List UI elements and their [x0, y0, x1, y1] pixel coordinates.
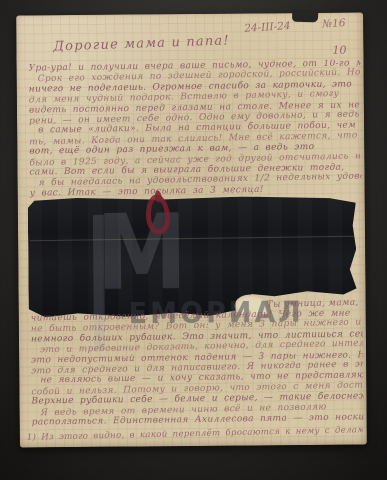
page-number: 10 [332, 44, 346, 57]
letter-sheet: Дорогие мама и папа! 24-III-24 №16 10 Ур… [16, 12, 367, 447]
letter-greeting: Дорогие мама и папа! [53, 33, 230, 54]
letter-number: №16 [322, 17, 346, 30]
memorial-m-icon: М [96, 200, 188, 305]
letter-date: 24-III-24 [244, 20, 291, 35]
letter-paragraph-2: читаешь откровенно, я весёлый календарь!… [31, 310, 364, 431]
letter-paragraph-1: Ура-ура! и получили вчера ваше письмо, ч… [29, 60, 362, 201]
torn-edge-notch [292, 10, 318, 23]
handwriting-line: Ты умница, мама, [267, 298, 359, 310]
candle-flame-icon [146, 194, 170, 234]
